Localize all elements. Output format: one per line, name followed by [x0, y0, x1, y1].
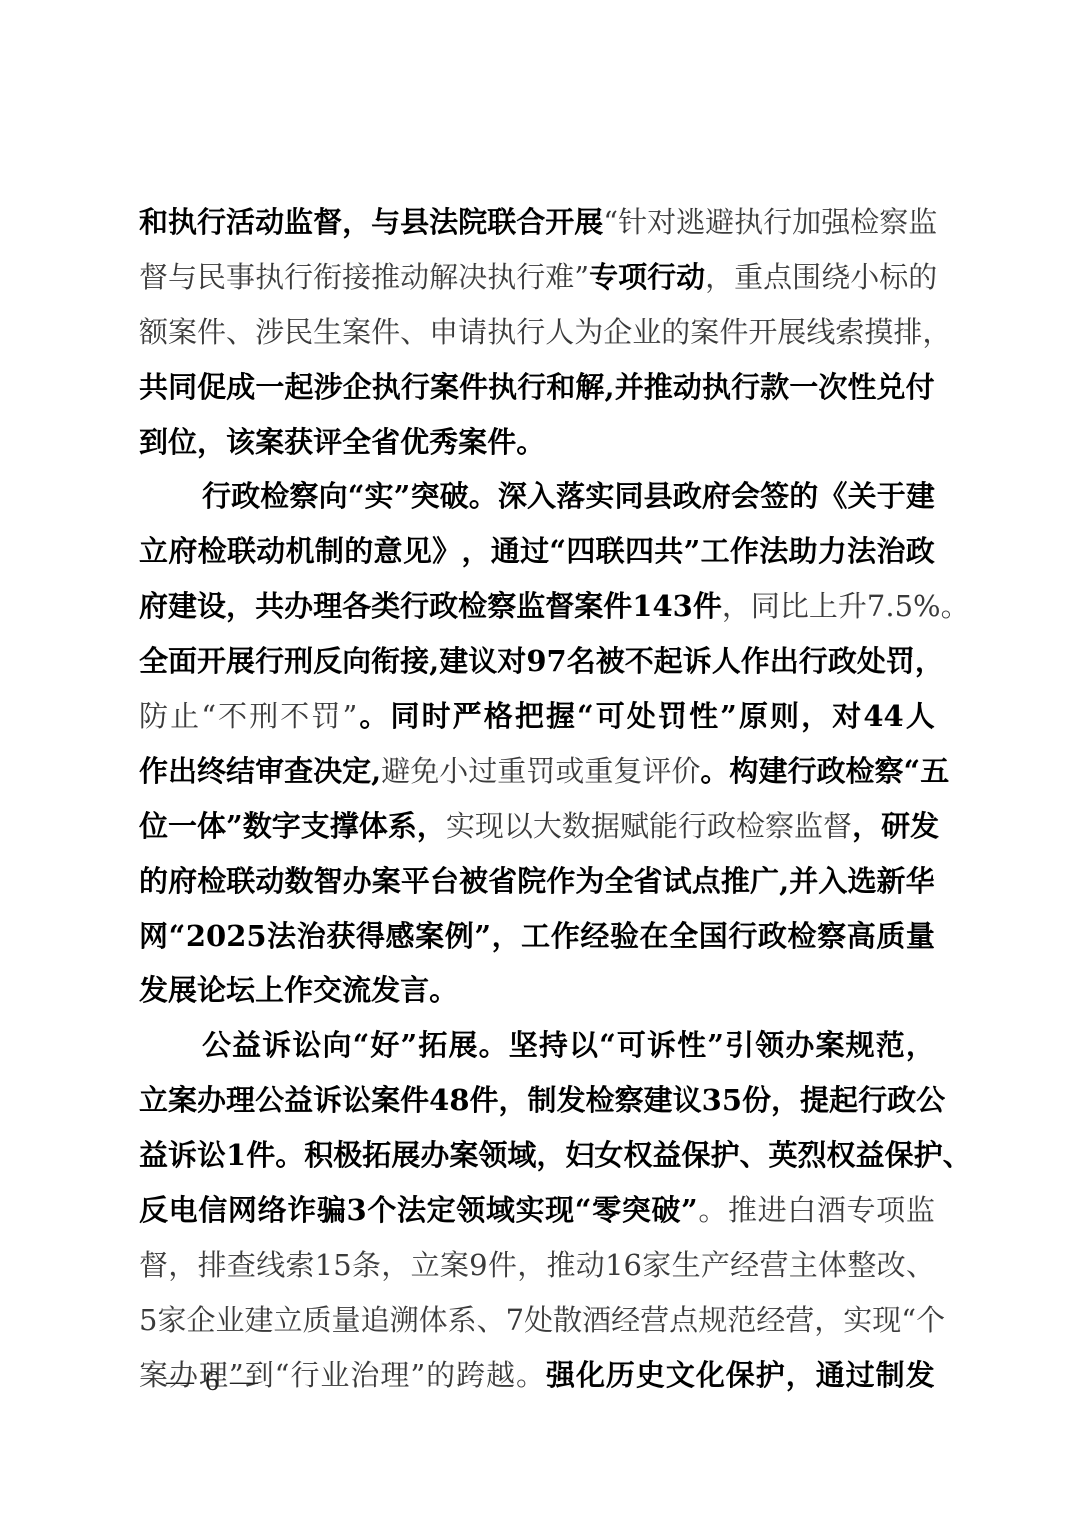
bold-text: 。 — [516, 415, 545, 470]
bold-text: 作 — [546, 854, 575, 909]
bold-text: 项 — [618, 250, 647, 305]
regular-text: 申 — [429, 305, 458, 360]
bold-text: “ — [348, 469, 365, 524]
bold-text: 建 — [644, 1073, 673, 1128]
regular-text: 止 — [170, 689, 199, 744]
bold-text: 定 — [427, 1183, 456, 1238]
regular-text: 件 — [488, 1238, 517, 1293]
bold-text: 被 — [596, 634, 625, 689]
bold-text: 获 — [284, 415, 313, 470]
bold-text: 罚 — [658, 689, 687, 744]
regular-text: 比 — [780, 579, 809, 634]
bold-text: 立 — [139, 1073, 168, 1128]
regular-text: 重 — [734, 250, 763, 305]
regular-text: 立 — [274, 1293, 303, 1348]
regular-text: 为 — [574, 305, 603, 360]
regular-text: 防 — [139, 689, 168, 744]
bold-text: 类 — [371, 579, 400, 634]
bold-text: 97 — [526, 634, 566, 689]
regular-text: 察 — [879, 195, 908, 250]
bold-text: 法 — [759, 524, 788, 579]
bold-text: 联 — [487, 195, 516, 250]
bold-text: 意 — [374, 524, 403, 579]
bold-text: ” — [474, 909, 491, 964]
text-line: 立案办理公益诉讼案件48件，制发检察建议35份，提起行政公 — [139, 1073, 935, 1128]
bold-text: 和 — [139, 195, 168, 250]
bold-text: 作 — [730, 524, 759, 579]
bold-text: 选 — [847, 854, 876, 909]
regular-text: 、 — [226, 305, 255, 360]
bold-text: 政 — [429, 579, 458, 634]
regular-text: 或 — [555, 744, 584, 799]
bold-text: 行 — [197, 195, 226, 250]
bold-text: 全 — [605, 854, 634, 909]
regular-text: 行 — [516, 305, 545, 360]
bold-text: 企 — [343, 360, 372, 415]
bold-text: 结 — [226, 744, 255, 799]
bold-text: 定 — [342, 744, 371, 799]
regular-text: 过 — [468, 744, 497, 799]
bold-text: 件 — [470, 1073, 499, 1128]
regular-text: 刑 — [249, 689, 278, 744]
bold-text: 察 — [289, 469, 318, 524]
regular-text: 规 — [698, 1293, 727, 1348]
bold-text: 开 — [197, 634, 226, 689]
bold-text: 县 — [400, 195, 429, 250]
bold-text: 发 — [139, 963, 168, 1018]
regular-text: 推 — [546, 1238, 575, 1293]
bold-text: ” — [401, 1018, 418, 1073]
regular-text: 行 — [678, 799, 707, 854]
bold-text: 化 — [576, 1348, 605, 1403]
bold-text: 坛 — [226, 963, 255, 1018]
bold-text: 行 — [647, 250, 676, 305]
bold-text: 严 — [453, 689, 482, 744]
regular-text: 执 — [487, 305, 516, 360]
regular-text: 7 — [506, 1293, 524, 1348]
regular-text: 执 — [255, 250, 284, 305]
bold-text: 专 — [589, 250, 618, 305]
regular-text: 现 — [475, 799, 504, 854]
bold-text: 保 — [726, 1348, 755, 1403]
regular-text: 推 — [371, 250, 400, 305]
bold-text: 涉 — [314, 360, 343, 415]
bold-text: 2025 — [186, 909, 267, 964]
bold-text: 办 — [197, 1073, 226, 1128]
bold-text: 动 — [255, 195, 284, 250]
bold-text: ” — [394, 469, 411, 524]
regular-text: 件 — [197, 305, 226, 360]
bold-text: 权 — [827, 1128, 856, 1183]
regular-text: 据 — [591, 799, 620, 854]
bold-text: 动 — [673, 360, 702, 415]
regular-text: 16 — [605, 1238, 642, 1293]
regular-text: 事 — [226, 250, 255, 305]
bold-text: 的 — [789, 469, 818, 524]
bold-text: 案 — [371, 1073, 400, 1128]
regular-text: 质 — [303, 1293, 332, 1348]
bold-text: 处 — [627, 689, 656, 744]
bold-text: 治 — [297, 909, 326, 964]
bold-text: 保 — [681, 1128, 710, 1183]
bold-text: 作 — [551, 909, 580, 964]
bold-text: 优 — [400, 415, 429, 470]
regular-text: 摸 — [864, 305, 893, 360]
bold-text: 关 — [848, 469, 877, 524]
bold-text: 讼 — [197, 1128, 226, 1183]
bold-text: 治 — [876, 524, 905, 579]
bold-text: 实 — [365, 469, 394, 524]
bold-text: 制 — [876, 1348, 905, 1403]
bold-text: 会 — [731, 469, 760, 524]
bold-text: 面 — [168, 634, 197, 689]
bold-text: 握 — [546, 689, 575, 744]
bold-text: 处 — [857, 634, 886, 689]
regular-text: 行 — [763, 195, 792, 250]
bold-text: 诉 — [647, 1018, 676, 1073]
bold-text: 诈 — [287, 1183, 316, 1238]
bold-text: 对 — [832, 689, 861, 744]
bold-text: 公 — [202, 1018, 231, 1073]
bold-text: 共 — [255, 579, 284, 634]
regular-text: ， — [814, 1293, 843, 1348]
bold-text: 件 — [459, 360, 488, 415]
paragraph-first-line: 公益诉讼向“好”拓展。坚持以“可诉性”引领办案规范， — [139, 1018, 935, 1073]
regular-text: 9 — [469, 1238, 487, 1293]
bold-text: 妇 — [565, 1128, 594, 1183]
bold-text: 引 — [725, 1018, 754, 1073]
bold-text: 件 — [246, 1128, 275, 1183]
bold-text: ” — [226, 799, 243, 854]
regular-text: 经 — [756, 1293, 785, 1348]
bold-text: 案 — [458, 415, 487, 470]
bold-text: 领 — [456, 1183, 485, 1238]
bold-text: “ — [904, 744, 921, 799]
bold-text: 检 — [788, 909, 817, 964]
bold-text: 并 — [615, 360, 644, 415]
bold-text: 政 — [673, 469, 702, 524]
regular-text: ， — [922, 305, 951, 360]
bold-text: 。 — [479, 1018, 508, 1073]
regular-text: 进 — [758, 1183, 787, 1238]
bold-text: 议 — [673, 1073, 702, 1128]
regular-text: 不 — [280, 689, 309, 744]
bold-text: 烈 — [798, 1128, 827, 1183]
bold-text: ， — [771, 1073, 800, 1128]
bold-text: 络 — [258, 1183, 287, 1238]
text-line: 位一体”数字支撑体系，实现以大数据赋能行政检察监督，研发 — [139, 799, 935, 854]
bold-text: , — [429, 634, 439, 689]
bold-text: 史 — [636, 1348, 665, 1403]
regular-text: 推 — [728, 1183, 757, 1238]
regular-text: ” — [410, 1348, 425, 1403]
bold-text: 执 — [488, 360, 517, 415]
bold-text: 法 — [267, 909, 296, 964]
bold-text: 政 — [906, 524, 935, 579]
regular-text: 处 — [524, 1293, 553, 1348]
bold-text: , — [605, 360, 615, 415]
bold-text: 行 — [401, 360, 430, 415]
bold-text: ” — [684, 524, 701, 579]
bold-text: 评 — [313, 415, 342, 470]
regular-text: 立 — [411, 1238, 440, 1293]
bold-text: 政 — [816, 744, 845, 799]
bold-text: 理 — [313, 579, 342, 634]
bold-text: 历 — [606, 1348, 635, 1403]
regular-text: ” — [574, 250, 589, 305]
bold-text: 范 — [876, 1018, 905, 1073]
bold-text: “ — [599, 1018, 616, 1073]
bold-text: 经 — [580, 909, 609, 964]
bold-text: , — [779, 854, 789, 909]
regular-text: ， — [381, 1238, 410, 1293]
regular-text: 小 — [439, 744, 468, 799]
bold-text: 落 — [556, 469, 585, 524]
document-body: 和执行活动监督，与县法院联合开展“针对逃避执行加强检察监督与民事执行衔接推动解决… — [139, 195, 935, 1403]
bold-text: 强 — [546, 1348, 575, 1403]
regular-text: 业 — [632, 305, 661, 360]
bold-text: 国 — [699, 909, 728, 964]
bold-text: 的 — [344, 524, 373, 579]
bold-text: 件 — [693, 579, 722, 634]
bold-text: ， — [492, 909, 521, 964]
bold-text: 向 — [323, 1018, 352, 1073]
bold-text: 个 — [367, 1183, 396, 1238]
regular-text: 决 — [458, 250, 487, 305]
bold-text: 护 — [914, 1128, 943, 1183]
bold-text: 研 — [881, 799, 910, 854]
bold-text: 动 — [255, 854, 284, 909]
regular-text: 排 — [198, 1238, 227, 1293]
bold-text: 上 — [255, 963, 284, 1018]
regular-text: 案 — [690, 305, 719, 360]
bold-text: 督 — [313, 195, 342, 250]
bold-text: 动 — [676, 250, 705, 305]
bold-text: 保 — [885, 1128, 914, 1183]
regular-text: 重 — [584, 744, 613, 799]
regular-text: 人 — [545, 305, 574, 360]
bold-text: 促 — [197, 360, 226, 415]
bold-text: 行 — [202, 469, 231, 524]
bold-text: 衔 — [371, 634, 400, 689]
regular-text: 5 — [139, 1293, 157, 1348]
bold-text: 的 — [139, 854, 168, 909]
bold-text: 。 — [429, 963, 458, 1018]
bold-text: 破 — [651, 1183, 680, 1238]
bold-text: 域 — [507, 1128, 536, 1183]
bold-text: 可 — [596, 689, 625, 744]
bold-text: 检 — [260, 469, 289, 524]
bold-text: 四 — [625, 524, 654, 579]
regular-text: 业 — [215, 1293, 244, 1348]
regular-text: 行 — [284, 250, 313, 305]
bold-text: 理 — [226, 1073, 255, 1128]
regular-text: 量 — [332, 1293, 361, 1348]
bold-text: 案 — [430, 360, 459, 415]
regular-text: 额 — [139, 305, 168, 360]
bold-text: ” — [681, 1183, 698, 1238]
regular-text: 赋 — [620, 799, 649, 854]
bold-text: 系 — [388, 799, 417, 854]
bold-text: 言 — [400, 963, 429, 1018]
text-line: 督，排查线索15条，立案9件，推动16家生产经营主体整改、 — [139, 1238, 935, 1293]
text-line: 反电信网络诈骗3个法定领域实现“零突破”。推进白酒专项监 — [139, 1183, 935, 1238]
bold-text: 人 — [712, 634, 741, 689]
bold-text: 实 — [516, 1183, 545, 1238]
bold-text: 点 — [692, 854, 721, 909]
bold-text: 检 — [458, 579, 487, 634]
bold-text: 、 — [943, 1128, 972, 1183]
bold-text: 护 — [710, 1128, 739, 1183]
bold-text: ， — [342, 195, 371, 250]
regular-text: 散 — [553, 1293, 582, 1348]
bold-text: 好 — [370, 1018, 399, 1073]
bold-text: 省 — [488, 854, 517, 909]
bold-text: 府 — [139, 579, 168, 634]
bold-text: ， — [226, 579, 255, 634]
regular-text: 项 — [876, 1183, 905, 1238]
bold-text: ， — [786, 1348, 815, 1403]
regular-text: 整 — [847, 1238, 876, 1293]
bold-text: 益 — [139, 1128, 168, 1183]
regular-text: ” — [342, 689, 357, 744]
bold-text: 质 — [876, 909, 905, 964]
bold-text: 反 — [313, 634, 342, 689]
bold-text: “ — [575, 1183, 592, 1238]
regular-text: 检 — [736, 799, 765, 854]
bold-text: 执 — [168, 195, 197, 250]
bold-text: 件 — [400, 1073, 429, 1128]
bold-text: 新 — [877, 854, 906, 909]
regular-text: 接 — [342, 250, 371, 305]
bold-text: 性 — [847, 360, 876, 415]
bold-text: 查 — [284, 744, 313, 799]
regular-text: 生 — [313, 305, 342, 360]
regular-text: 建 — [245, 1293, 274, 1348]
regular-text: 生 — [672, 1238, 701, 1293]
bold-text: 检 — [845, 744, 874, 799]
bold-text: 。 — [700, 744, 729, 799]
bold-text: “ — [169, 909, 186, 964]
regular-text: 动 — [400, 250, 429, 305]
bold-text: 名 — [567, 634, 596, 689]
bold-text: 为 — [575, 854, 604, 909]
regular-text: 开 — [748, 305, 777, 360]
bold-text: 开 — [545, 195, 574, 250]
regular-text: 营 — [759, 1238, 788, 1293]
bold-text: 察 — [817, 909, 846, 964]
bold-text: 该 — [226, 415, 255, 470]
bold-text: 检 — [586, 1073, 615, 1128]
bold-text: 案 — [815, 1018, 844, 1073]
bold-text: ” — [720, 689, 737, 744]
bold-text: ， — [499, 1073, 528, 1128]
bold-text: 制 — [315, 524, 344, 579]
bold-text: 向 — [319, 469, 348, 524]
bold-text: 益 — [232, 1018, 261, 1073]
bold-text: 以 — [569, 1018, 598, 1073]
regular-text: 执 — [734, 195, 763, 250]
text-line: 和执行活动监督，与县法院联合开展“针对逃避执行加强检察监 — [139, 195, 935, 250]
bold-text: 一 — [789, 360, 818, 415]
bold-text: 府 — [168, 854, 197, 909]
regular-text: 线 — [256, 1238, 285, 1293]
text-line: 到位，该案获评全省优秀案件。 — [139, 415, 935, 470]
bold-text: 例 — [445, 909, 474, 964]
bold-text: 办 — [343, 854, 372, 909]
bold-text: 把 — [515, 689, 544, 744]
regular-text: 免 — [410, 744, 439, 799]
regular-text: 价 — [671, 744, 700, 799]
text-line: 府建设，共办理各类行政检察监督案件143件，同比上升7.5%。 — [139, 579, 935, 634]
regular-text: 案 — [139, 1348, 168, 1403]
bold-text: 行 — [731, 360, 760, 415]
regular-text: 酒 — [582, 1293, 611, 1348]
regular-text: 复 — [613, 744, 642, 799]
bold-text: 同 — [390, 689, 419, 744]
regular-text: 同 — [751, 579, 780, 634]
bold-text: 诉 — [313, 1073, 342, 1128]
regular-text: 、 — [400, 305, 429, 360]
regular-text: 企 — [186, 1293, 215, 1348]
bold-text: 拓 — [418, 1018, 447, 1073]
bold-text: 政 — [887, 1073, 916, 1128]
regular-text: 展 — [777, 305, 806, 360]
bold-text: 于 — [877, 469, 906, 524]
regular-text: 现 — [872, 1293, 901, 1348]
regular-text: 罚 — [311, 689, 340, 744]
regular-text: 的 — [908, 250, 937, 305]
regular-text: 营 — [785, 1293, 814, 1348]
bold-text: 案 — [372, 854, 401, 909]
bold-text: 秀 — [429, 415, 458, 470]
bold-text: 公 — [916, 1073, 945, 1128]
bold-text: 感 — [386, 909, 415, 964]
regular-text: 越 — [486, 1348, 515, 1403]
bold-text: 议 — [468, 634, 497, 689]
bold-text: 反 — [139, 1183, 168, 1238]
bold-text: 执 — [702, 360, 731, 415]
bold-text: 48 — [429, 1073, 469, 1128]
bold-text: 全 — [342, 415, 371, 470]
text-line: 立府检联动机制的意见》，通过“四联四共”工作法助力法治政 — [139, 524, 935, 579]
regular-text: 加 — [792, 195, 821, 250]
regular-text: 督 — [823, 799, 852, 854]
bold-text: 展 — [391, 1128, 420, 1183]
bold-text: 现 — [545, 1183, 574, 1238]
bold-text: 益 — [652, 1128, 681, 1183]
regular-text: 的 — [661, 305, 690, 360]
bold-text: 规 — [846, 1018, 875, 1073]
regular-text: 索 — [835, 305, 864, 360]
bold-text: 法 — [397, 1183, 426, 1238]
bold-text: 款 — [760, 360, 789, 415]
regular-text: 理 — [380, 1348, 409, 1403]
bold-text: 向 — [342, 634, 371, 689]
regular-text: 系 — [448, 1293, 477, 1348]
regular-text: 7.5% — [867, 579, 941, 634]
bold-text: ， — [801, 689, 830, 744]
regular-text: 对 — [647, 195, 676, 250]
bold-text: 电 — [169, 1183, 198, 1238]
regular-text: 请 — [458, 305, 487, 360]
bold-text: 起 — [284, 360, 313, 415]
bold-text: 益 — [856, 1128, 885, 1183]
regular-text: 、 — [906, 1238, 935, 1293]
regular-text: 实 — [843, 1293, 872, 1348]
regular-text: ， — [517, 1238, 546, 1293]
bold-text: 拓 — [362, 1128, 391, 1183]
